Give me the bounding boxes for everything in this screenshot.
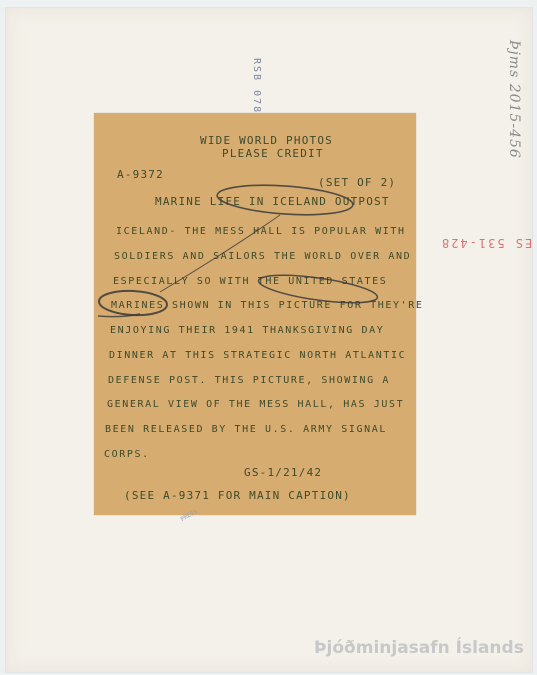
pen-markings [0, 0, 537, 675]
marines-circle [98, 289, 167, 317]
museum-watermark: Þjóðminjasafn Íslands [314, 638, 524, 658]
headline-circle [216, 181, 354, 218]
us-circle [257, 270, 379, 308]
pen-line [160, 215, 280, 292]
